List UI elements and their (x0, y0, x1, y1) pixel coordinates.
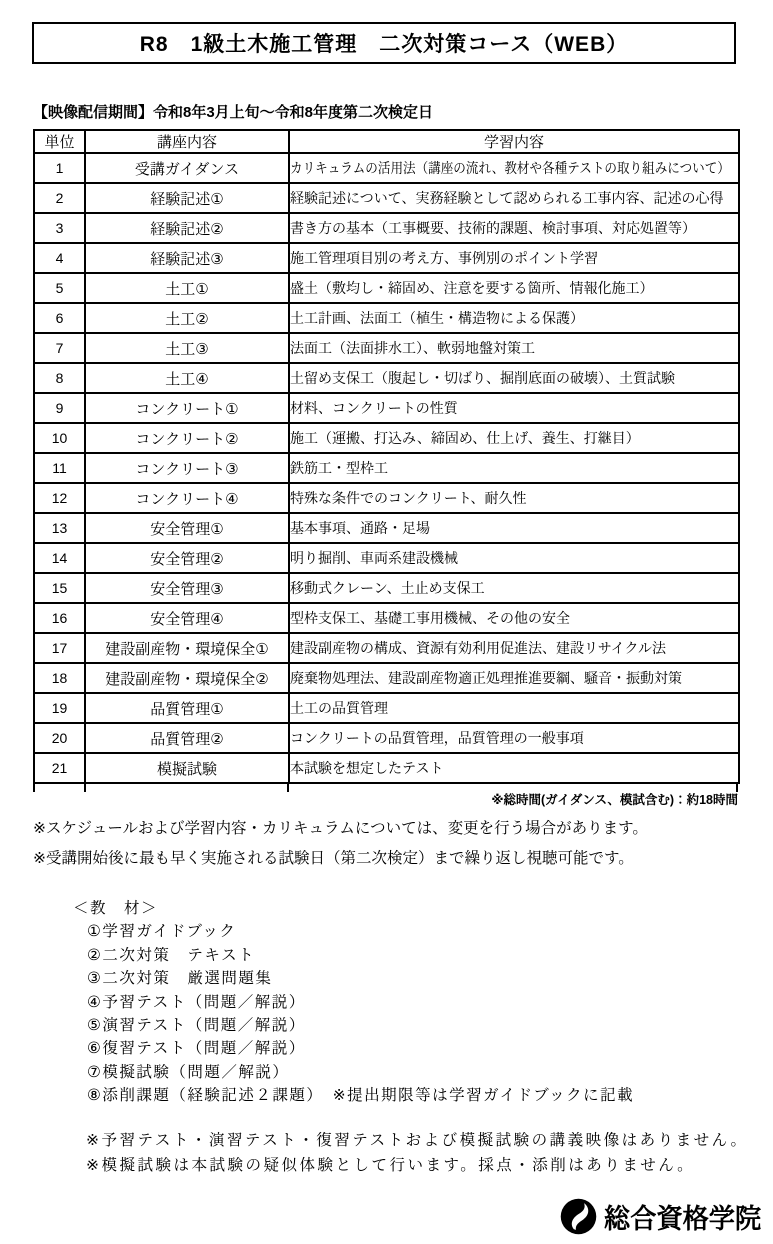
unit-cell: 20 (34, 723, 85, 753)
materials-heading: ＜教 材＞ (73, 897, 634, 920)
material-item: ③二次対策 厳選問題集 (87, 967, 634, 990)
broadcast-period: 【映像配信期間】令和8年3月上旬～令和8年度第二次検定日 (33, 101, 433, 122)
learning-cell: 明り掘削、車両系建設機械 (289, 543, 739, 573)
course-cell: 建設副産物・環境保全① (85, 633, 289, 663)
unit-cell: 9 (34, 393, 85, 423)
learning-text: 経験記述について、実務経験として認められる工事内容、記述の心得 (290, 188, 723, 208)
header-row: 単位 講座内容 学習内容 (34, 130, 739, 153)
course-cell: 模擬試験 (85, 753, 289, 783)
table-row: 1 受講ガイダンス カリキュラムの活用法（講座の流れ、教材や各種テストの取り組み… (34, 153, 739, 183)
course-cell: 安全管理④ (85, 603, 289, 633)
learning-text: 施工（運搬、打込み、締固め、仕上げ、養生、打継目） (290, 428, 640, 448)
learning-cell: 土工の品質管理 (289, 693, 739, 723)
table-row: 11 コンクリート③ 鉄筋工・型枠工 (34, 453, 739, 483)
unit-cell: 10 (34, 423, 85, 453)
learning-text: 本試験を想定したテスト (290, 758, 443, 778)
course-cell: 安全管理② (85, 543, 289, 573)
learning-text: 特殊な条件でのコンクリート、耐久性 (290, 488, 526, 508)
unit-cell: 16 (34, 603, 85, 633)
logo-text: 総合資格学院 (604, 1197, 761, 1236)
course-cell: 経験記述② (85, 213, 289, 243)
material-item: ⑥復習テスト（問題／解説） (87, 1037, 634, 1060)
unit-cell: 7 (34, 333, 85, 363)
learning-text: 法面工（法面排水工）、軟弱地盤対策工 (290, 338, 535, 358)
learning-text: 盛土（敷均し・締固め、注意を要する箇所、情報化施工） (290, 278, 653, 298)
table-row: 19 品質管理① 土工の品質管理 (34, 693, 739, 723)
learning-cell: 鉄筋工・型枠工 (289, 453, 739, 483)
learning-text: 土工計画、法面工（植生・構造物による保護） (290, 308, 584, 328)
table-row: 10 コンクリート② 施工（運搬、打込み、締固め、仕上げ、養生、打継目） (34, 423, 739, 453)
schedule-note-line: ※スケジュールおよび学習内容・カリキュラムについては、変更を行う場合があります。 (33, 814, 648, 844)
materials-list: ①学習ガイドブック ②二次対策 テキスト ③二次対策 厳選問題集 ④予習テスト（… (87, 920, 634, 1107)
curriculum-table: 単位 講座内容 学習内容 1 受講ガイダンス カリキュラムの活用法（講座の流れ、… (33, 129, 740, 784)
course-sheet-page: R8 1級土木施工管理 二次対策コース（WEB） 【映像配信期間】令和8年3月上… (0, 0, 773, 1244)
unit-cell: 1 (34, 153, 85, 183)
learning-cell: 施工（運搬、打込み、締固め、仕上げ、養生、打継目） (289, 423, 739, 453)
learning-text: カリキュラムの活用法（講座の流れ、教材や各種テストの取り組みについて） (290, 158, 730, 178)
unit-cell: 2 (34, 183, 85, 213)
learning-cell: コンクリートの品質管理，品質管理の一般事項 (289, 723, 739, 753)
course-cell: コンクリート① (85, 393, 289, 423)
table-row: 5 土工① 盛土（敷均し・締固め、注意を要する箇所、情報化施工） (34, 273, 739, 303)
unit-cell: 4 (34, 243, 85, 273)
table-row: 20 品質管理② コンクリートの品質管理，品質管理の一般事項 (34, 723, 739, 753)
material-item: ①学習ガイドブック (87, 920, 634, 943)
learning-cell: 施工管理項目別の考え方、事例別のポイント学習 (289, 243, 739, 273)
table-row: 6 土工② 土工計画、法面工（植生・構造物による保護） (34, 303, 739, 333)
learning-text: 施工管理項目別の考え方、事例別のポイント学習 (290, 248, 598, 268)
learning-text: 鉄筋工・型枠工 (290, 458, 388, 478)
learning-cell: 経験記述について、実務経験として認められる工事内容、記述の心得 (289, 183, 739, 213)
table-row: 2 経験記述① 経験記述について、実務経験として認められる工事内容、記述の心得 (34, 183, 739, 213)
learning-text: 土工の品質管理 (290, 698, 388, 718)
table-row: 4 経験記述③ 施工管理項目別の考え方、事例別のポイント学習 (34, 243, 739, 273)
course-cell: 土工① (85, 273, 289, 303)
curriculum-table-header: 単位 講座内容 学習内容 (34, 130, 739, 153)
header-course: 講座内容 (85, 130, 289, 153)
learning-text: コンクリートの品質管理，品質管理の一般事項 (290, 728, 584, 748)
unit-cell: 6 (34, 303, 85, 333)
learning-text: 型枠支保工、基礎工事用機械、その他の安全 (290, 608, 570, 628)
course-cell: コンクリート④ (85, 483, 289, 513)
table-row: 21 模擬試験 本試験を想定したテスト (34, 753, 739, 783)
unit-cell: 11 (34, 453, 85, 483)
learning-cell: カリキュラムの活用法（講座の流れ、教材や各種テストの取り組みについて） (289, 153, 739, 183)
material-item: ⑦模擬試験（問題／解説） (87, 1061, 634, 1084)
learning-cell: 特殊な条件でのコンクリート、耐久性 (289, 483, 739, 513)
unit-cell: 5 (34, 273, 85, 303)
course-cell: コンクリート② (85, 423, 289, 453)
course-title: R8 1級土木施工管理 二次対策コース（WEB） (140, 28, 628, 58)
course-cell: 土工② (85, 303, 289, 333)
sogo-shikaku-swoosh-circle-icon (560, 1198, 597, 1235)
learning-cell: 土工計画、法面工（植生・構造物による保護） (289, 303, 739, 333)
header-unit: 単位 (34, 130, 85, 153)
unit-cell: 18 (34, 663, 85, 693)
course-cell: 品質管理① (85, 693, 289, 723)
learning-text: 明り掘削、車両系建設機械 (290, 548, 458, 568)
material-note-line: ※予習テスト・演習テスト・復習テストおよび模擬試験の講義映像はありません。 (86, 1128, 749, 1153)
table-row: 12 コンクリート④ 特殊な条件でのコンクリート、耐久性 (34, 483, 739, 513)
table-row: 13 安全管理① 基本事項、通路・足場 (34, 513, 739, 543)
table-row: 16 安全管理④ 型枠支保工、基礎工事用機械、その他の安全 (34, 603, 739, 633)
schedule-notes: ※スケジュールおよび学習内容・カリキュラムについては、変更を行う場合があります。… (33, 814, 648, 874)
learning-cell: 材料、コンクリートの性質 (289, 393, 739, 423)
course-cell: 経験記述① (85, 183, 289, 213)
table-row: 15 安全管理③ 移動式クレーン、土止め支保工 (34, 573, 739, 603)
learning-text: 廃棄物処理法、建設副産物適正処理推進要綱、騒音・振動対策 (290, 668, 682, 688)
material-item: ⑤演習テスト（問題／解説） (87, 1014, 634, 1037)
course-cell: 土工④ (85, 363, 289, 393)
course-cell: 安全管理③ (85, 573, 289, 603)
unit-cell: 19 (34, 693, 85, 723)
unit-cell: 13 (34, 513, 85, 543)
unit-cell: 3 (34, 213, 85, 243)
table-row: 18 建設副産物・環境保全② 廃棄物処理法、建設副産物適正処理推進要綱、騒音・振… (34, 663, 739, 693)
learning-text: 基本事項、通路・足場 (290, 518, 430, 538)
learning-cell: 書き方の基本（工事概要、技術的課題、検討事項、対応処置等） (289, 213, 739, 243)
table-row: 7 土工③ 法面工（法面排水工）、軟弱地盤対策工 (34, 333, 739, 363)
unit-cell: 17 (34, 633, 85, 663)
sogo-shikaku-logo: 総合資格学院 (560, 1197, 766, 1236)
course-cell: 建設副産物・環境保全② (85, 663, 289, 693)
unit-cell: 21 (34, 753, 85, 783)
materials-section: ＜教 材＞ ①学習ガイドブック ②二次対策 テキスト ③二次対策 厳選問題集 ④… (73, 897, 634, 1108)
unit-cell: 14 (34, 543, 85, 573)
course-cell: 受講ガイダンス (85, 153, 289, 183)
learning-cell: 土留め支保工（腹起し・切ばり、掘削底面の破壊）、土質試験 (289, 363, 739, 393)
course-cell: 経験記述③ (85, 243, 289, 273)
learning-cell: 法面工（法面排水工）、軟弱地盤対策工 (289, 333, 739, 363)
course-cell: 品質管理② (85, 723, 289, 753)
table-row: 17 建設副産物・環境保全① 建設副産物の構成、資源有効利用促進法、建設リサイク… (34, 633, 739, 663)
material-item: ④予習テスト（問題／解説） (87, 991, 634, 1014)
learning-text: 移動式クレーン、土止め支保工 (290, 578, 485, 598)
header-learning: 学習内容 (289, 130, 739, 153)
material-item: ②二次対策 テキスト (87, 944, 634, 967)
material-item: ⑧添削課題（経験記述２課題） ※提出期限等は学習ガイドブックに記載 (87, 1084, 634, 1107)
table-row: 8 土工④ 土留め支保工（腹起し・切ばり、掘削底面の破壊）、土質試験 (34, 363, 739, 393)
learning-cell: 本試験を想定したテスト (289, 753, 739, 783)
learning-cell: 移動式クレーン、土止め支保工 (289, 573, 739, 603)
course-title-box: R8 1級土木施工管理 二次対策コース（WEB） (32, 22, 736, 64)
unit-cell: 15 (34, 573, 85, 603)
unit-cell: 8 (34, 363, 85, 393)
learning-text: 土留め支保工（腹起し・切ばり、掘削底面の破壊）、土質試験 (290, 368, 675, 388)
course-cell: 安全管理① (85, 513, 289, 543)
table-row: 9 コンクリート① 材料、コンクリートの性質 (34, 393, 739, 423)
total-time-note: ※総時間(ガイダンス、模試含む)：約18時間 (33, 790, 738, 808)
schedule-note-line: ※受講開始後に最も早く実施される試験日（第二次検定）まで繰り返し視聴可能です。 (33, 844, 648, 874)
material-note-line: ※模擬試験は本試験の疑似体験として行います。採点・添削はありません。 (86, 1153, 749, 1178)
learning-text: 材料、コンクリートの性質 (290, 398, 458, 418)
material-notes: ※予習テスト・演習テスト・復習テストおよび模擬試験の講義映像はありません。 ※模… (86, 1128, 749, 1178)
learning-text: 書き方の基本（工事概要、技術的課題、検討事項、対応処置等） (290, 218, 696, 238)
learning-cell: 基本事項、通路・足場 (289, 513, 739, 543)
table-row: 14 安全管理② 明り掘削、車両系建設機械 (34, 543, 739, 573)
table-row: 3 経験記述② 書き方の基本（工事概要、技術的課題、検討事項、対応処置等） (34, 213, 739, 243)
learning-text: 建設副産物の構成、資源有効利用促進法、建設リサイクル法 (290, 638, 666, 658)
learning-cell: 廃棄物処理法、建設副産物適正処理推進要綱、騒音・振動対策 (289, 663, 739, 693)
course-cell: コンクリート③ (85, 453, 289, 483)
learning-cell: 盛土（敷均し・締固め、注意を要する箇所、情報化施工） (289, 273, 739, 303)
learning-cell: 建設副産物の構成、資源有効利用促進法、建設リサイクル法 (289, 633, 739, 663)
learning-cell: 型枠支保工、基礎工事用機械、その他の安全 (289, 603, 739, 633)
course-cell: 土工③ (85, 333, 289, 363)
unit-cell: 12 (34, 483, 85, 513)
curriculum-table-body: 1 受講ガイダンス カリキュラムの活用法（講座の流れ、教材や各種テストの取り組み… (34, 153, 739, 783)
